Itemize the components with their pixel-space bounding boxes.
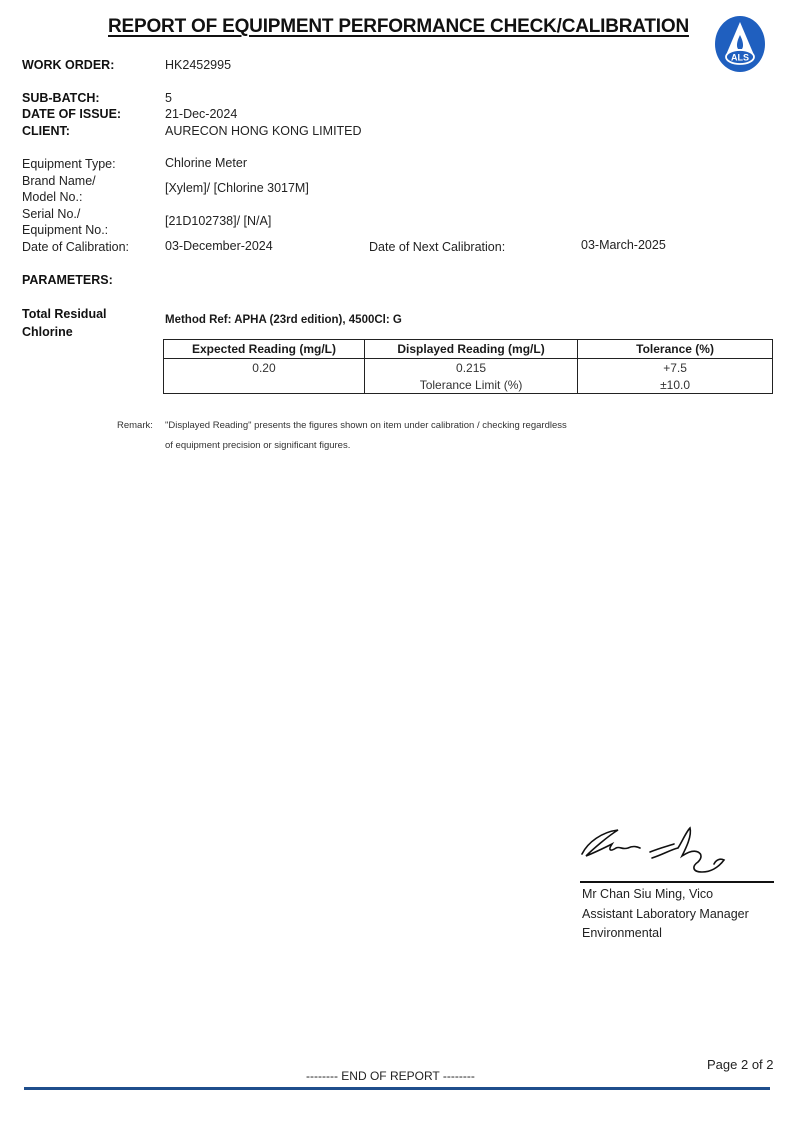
- method-reference: Method Ref: APHA (23rd edition), 4500Cl:…: [165, 314, 402, 326]
- signature-line: [580, 881, 774, 883]
- brand-label: Brand Name/ Model No.:: [22, 173, 96, 205]
- remark-line-1: "Displayed Reading" presents the figures…: [165, 416, 567, 436]
- serial-value: [21D102738]/ [N/A]: [165, 214, 271, 228]
- als-logo: ALS: [714, 15, 766, 73]
- cell-tolerance-limit-label: Tolerance Limit (%): [364, 376, 577, 394]
- report-title: REPORT OF EQUIPMENT PERFORMANCE CHECK/CA…: [108, 16, 689, 38]
- date-of-issue-value: 21-Dec-2024: [165, 107, 237, 121]
- parameter-name: Total Residual Chlorine: [22, 305, 107, 341]
- brand-label-line-2: Model No.:: [22, 189, 96, 205]
- col-expected-reading: Expected Reading (mg/L): [164, 340, 365, 359]
- calibration-date-label: Date of Calibration:: [22, 239, 129, 255]
- col-displayed-reading: Displayed Reading (mg/L): [364, 340, 577, 359]
- table-row: 0.20 0.215 +7.5: [164, 359, 773, 377]
- remark-label: Remark:: [117, 416, 153, 436]
- cell-expected: 0.20: [164, 359, 365, 377]
- cell-tolerance: +7.5: [578, 359, 773, 377]
- svg-text:ALS: ALS: [731, 53, 749, 63]
- table-header-row: Expected Reading (mg/L) Displayed Readin…: [164, 340, 773, 359]
- date-of-issue-label: DATE OF ISSUE:: [22, 107, 121, 121]
- work-order-value: HK2452995: [165, 58, 231, 72]
- client-label: CLIENT:: [22, 124, 70, 138]
- serial-label-line-2: Equipment No.:: [22, 222, 108, 238]
- signatory-block: Mr Chan Siu Ming, Vico Assistant Laborat…: [582, 885, 749, 944]
- footer-rule: [24, 1087, 770, 1090]
- signatory-name: Mr Chan Siu Ming, Vico: [582, 885, 749, 905]
- next-calibration-value: 03-March-2025: [581, 238, 666, 252]
- serial-label-line-1: Serial No./: [22, 206, 108, 222]
- next-calibration-label: Date of Next Calibration:: [369, 239, 505, 255]
- remark-line-2: of equipment precision or significant fi…: [165, 436, 567, 456]
- serial-label: Serial No./ Equipment No.:: [22, 206, 108, 238]
- table-row: Tolerance Limit (%) ±10.0: [164, 376, 773, 394]
- page-number: Page 2 of 2: [707, 1057, 774, 1072]
- work-order-label: WORK ORDER:: [22, 58, 114, 72]
- col-tolerance: Tolerance (%): [578, 340, 773, 359]
- signature: [578, 822, 738, 883]
- client-value: AURECON HONG KONG LIMITED: [165, 124, 362, 138]
- signatory-department: Environmental: [582, 924, 749, 944]
- parameters-heading: PARAMETERS:: [22, 273, 113, 287]
- cell-tolerance-limit-value: ±10.0: [578, 376, 773, 394]
- equipment-type-label: Equipment Type:: [22, 156, 116, 172]
- parameter-name-line-2: Chlorine: [22, 323, 107, 341]
- sub-batch-value: 5: [165, 91, 172, 105]
- signature-icon: [578, 822, 738, 878]
- end-of-report: -------- END OF REPORT --------: [306, 1069, 475, 1083]
- parameter-name-line-1: Total Residual: [22, 305, 107, 323]
- remark-text: "Displayed Reading" presents the figures…: [165, 416, 567, 456]
- brand-label-line-1: Brand Name/: [22, 173, 96, 189]
- cell-displayed: 0.215: [364, 359, 577, 377]
- als-logo-icon: ALS: [714, 15, 766, 73]
- signatory-title: Assistant Laboratory Manager: [582, 905, 749, 925]
- calibration-date-value: 03-December-2024: [165, 239, 273, 253]
- cell-empty: [164, 376, 365, 394]
- equipment-type-value: Chlorine Meter: [165, 156, 247, 170]
- sub-batch-label: SUB-BATCH:: [22, 91, 100, 105]
- brand-value: [Xylem]/ [Chlorine 3017M]: [165, 181, 309, 195]
- results-table: Expected Reading (mg/L) Displayed Readin…: [163, 339, 773, 394]
